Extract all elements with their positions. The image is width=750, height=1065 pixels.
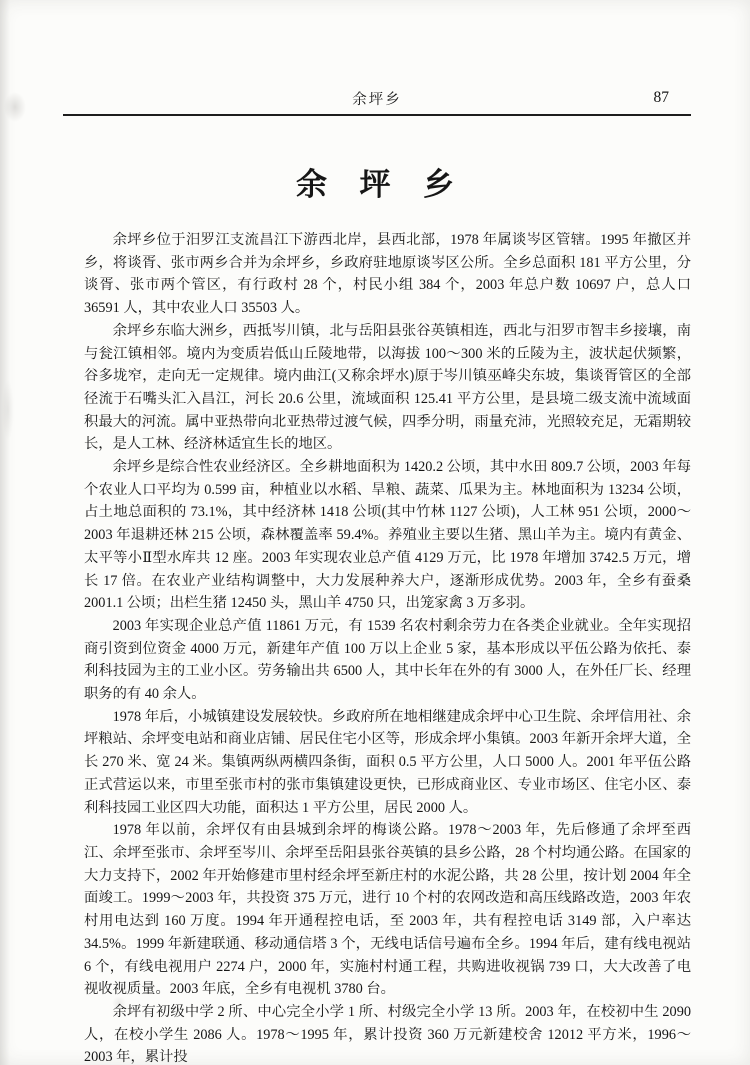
paragraph-overview: 余坪乡位于汨罗江支流昌江下游西北岸，县西北部，1978 年属谈岑区管辖。1995… xyxy=(84,229,691,320)
scan-edge-shade xyxy=(0,0,10,1065)
paragraph-agriculture: 余坪乡是综合性农业经济区。全乡耕地面积为 1420.2 公顷，其中水田 809.… xyxy=(84,456,691,615)
page-header: 余坪乡 87 xyxy=(63,90,691,112)
paragraph-geography: 余坪乡东临大洲乡，西抵岑川镇，北与岳阳县张谷英镇相连，西北与汨罗市智丰乡接壤，南… xyxy=(84,320,691,456)
header-rule xyxy=(63,114,691,116)
page-number: 87 xyxy=(654,88,670,108)
chapter-title: 余坪乡 xyxy=(0,167,750,203)
scan-artifact xyxy=(4,92,26,122)
paragraph-enterprise: 2003 年实现企业总产值 11861 万元，有 1539 名农村剩余劳力在各类… xyxy=(84,615,691,706)
scanned-book-page: 余坪乡 87 余坪乡 余坪乡位于汨罗江支流昌江下游西北岸，县西北部，1978 年… xyxy=(0,0,750,1065)
running-title: 余坪乡 xyxy=(63,90,691,110)
body-text: 余坪乡位于汨罗江支流昌江下游西北岸，县西北部，1978 年属谈岑区管辖。1995… xyxy=(84,229,691,1065)
paragraph-education: 余坪有初级中学 2 所、中心完全小学 1 所、村级完全小学 13 所。2003 … xyxy=(84,1001,691,1065)
scan-artifact xyxy=(2,380,14,440)
paragraph-infrastructure: 1978 年以前，余坪仅有由县城到余坪的梅谈公路。1978～2003 年，先后修… xyxy=(84,819,691,1001)
paragraph-town-building: 1978 年后，小城镇建设发展较快。乡政府所在地相继建成余坪中心卫生院、余坪信用… xyxy=(84,706,691,820)
chapter-title-text: 余坪乡 xyxy=(296,167,487,202)
